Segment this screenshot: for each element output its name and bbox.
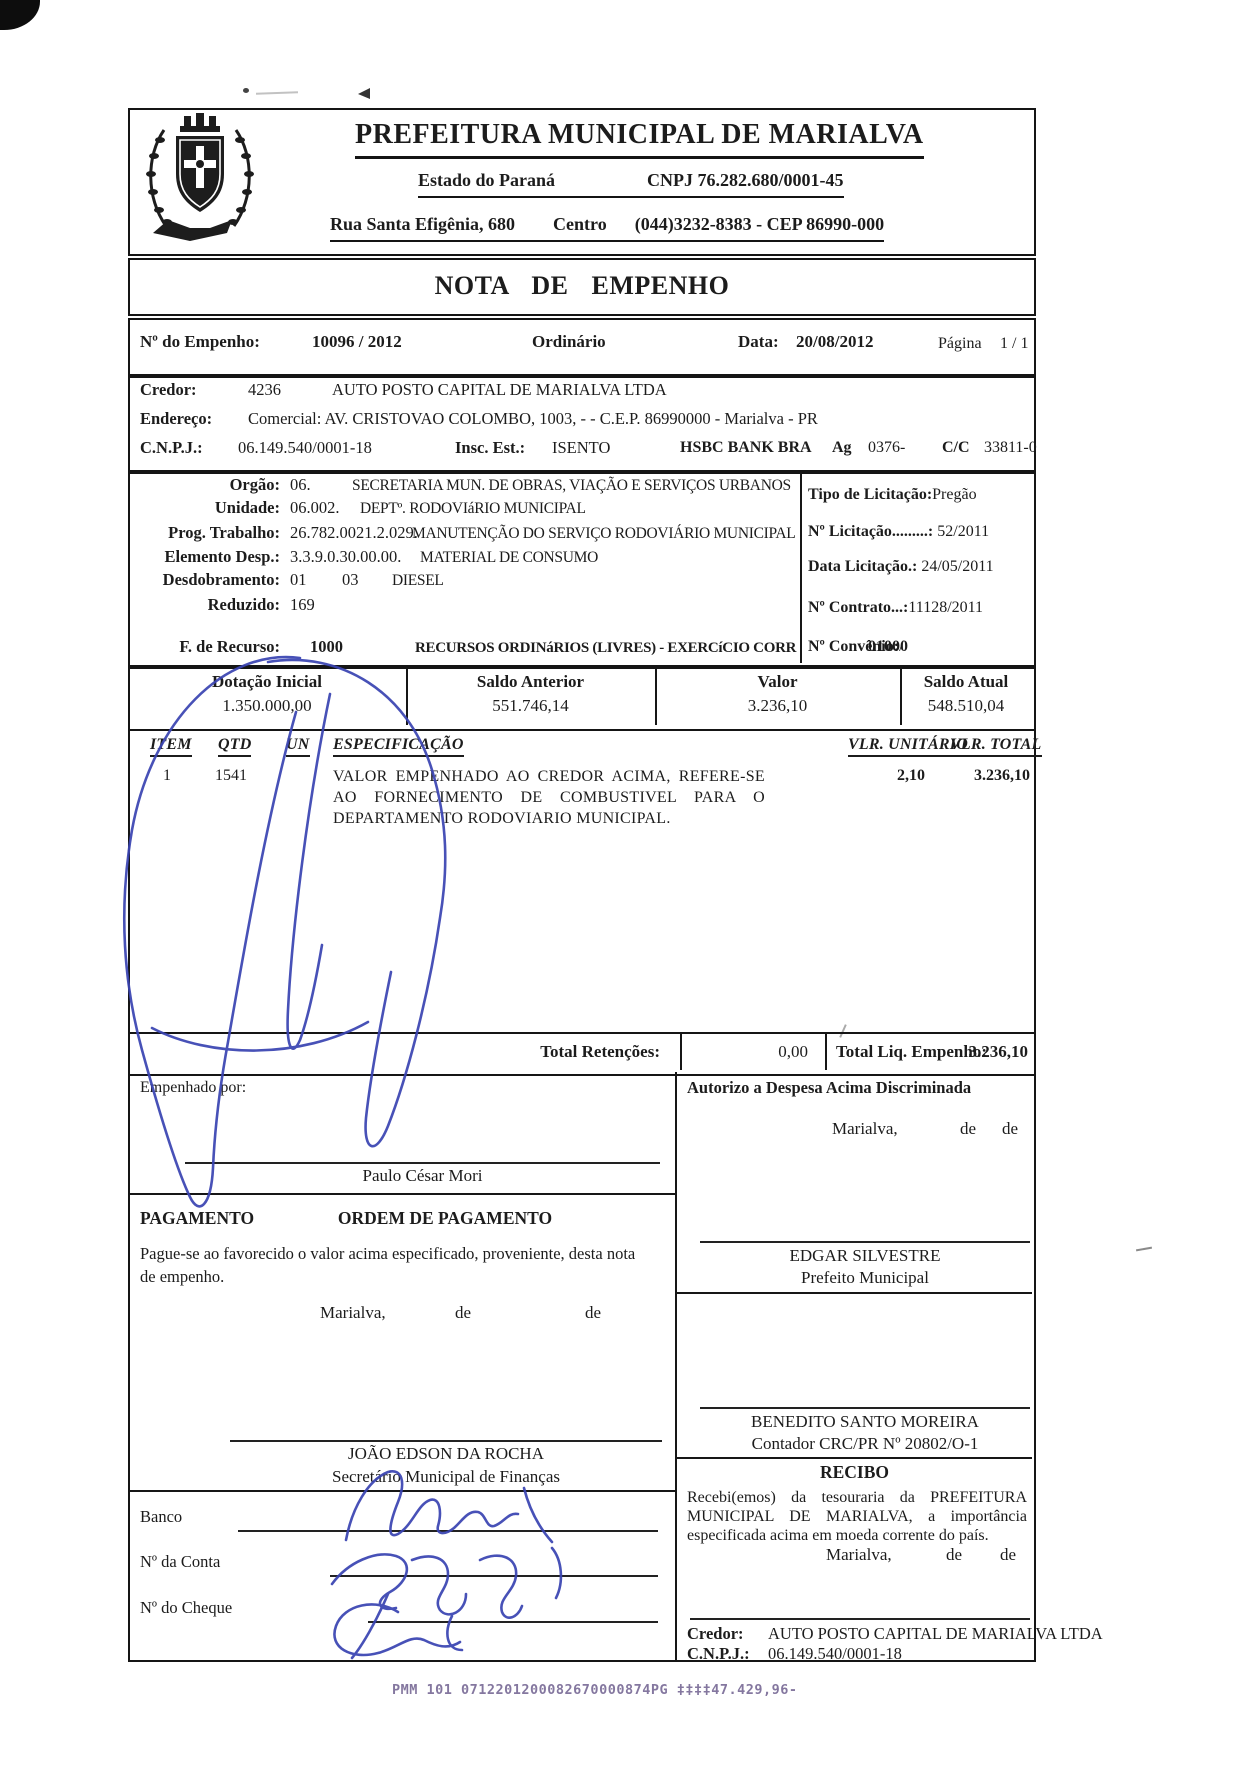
- tipo-licitacao-label: Tipo de Licitação:: [808, 486, 932, 503]
- page-value: 1 / 1: [1000, 334, 1028, 353]
- signature-line-contador: [700, 1407, 1030, 1409]
- num-licitacao-row: Nº Licitação.........: 52/2011: [808, 523, 989, 541]
- columns-divider: [675, 1072, 677, 1660]
- pagamento-title: PAGAMENTO: [140, 1208, 254, 1229]
- num-licitacao-value: 52/2011: [933, 523, 989, 540]
- bank-section-divider: [130, 1490, 675, 1492]
- items-header-un: UN: [286, 735, 310, 757]
- f-recurso-desc: RECURSOS ORDINáRIOS (LIVRES) - EXERCíCIO…: [415, 639, 796, 657]
- scan-corner-artifact: [0, 0, 40, 30]
- num-contrato-label: Nº Contrato...:: [808, 599, 908, 616]
- estado-cnpj-line: Estado do ParanáCNPJ 76.282.680/0001-45: [418, 170, 844, 198]
- tipo-licitacao-value: Pregão: [932, 486, 976, 503]
- tipo-licitacao-row: Tipo de Licitação:Pregão: [808, 486, 977, 504]
- cnpj-label: CNPJ 76.282.680/0001-45: [647, 170, 844, 190]
- agency-label: Ag: [832, 438, 852, 457]
- address-line: Rua Santa Efigênia, 680Centro(044)3232-8…: [330, 214, 884, 242]
- desdobramento-desc: DIESEL: [392, 572, 444, 591]
- num-convenio-value: /: [899, 638, 903, 655]
- signature-line-empenhado: [185, 1162, 660, 1164]
- municipal-coat-of-arms-icon: [138, 112, 262, 244]
- scan-dot-artifact: [243, 88, 249, 93]
- endereco-label: Endereço:: [140, 409, 212, 429]
- f-recurso-label: F. de Recurso:: [128, 637, 280, 657]
- orgao-label: Orgão:: [128, 475, 280, 495]
- date-label: Data:: [738, 332, 779, 352]
- scan-dash-artifact: [256, 91, 298, 94]
- empenho-number-label: Nº do Empenho:: [140, 332, 260, 352]
- autorizo-title: Autorizo a Despesa Acima Discriminada: [687, 1078, 971, 1098]
- page-label: Página: [938, 334, 982, 353]
- num-contrato-value: 11128/2011: [908, 599, 983, 616]
- signer-edgar-silvestre: EDGAR SILVESTRE: [700, 1246, 1030, 1266]
- saldo-atual-value: 548.510,04: [902, 696, 1030, 716]
- de-right-2b: de: [1000, 1545, 1016, 1565]
- valor-header: Valor: [657, 672, 898, 692]
- scan-mark-artifact: [358, 88, 370, 99]
- recibo-title: RECIBO: [677, 1462, 1032, 1483]
- dot-matrix-footer-line: PMM 101 0712201200082670000874PG ‡‡‡‡47.…: [392, 1682, 798, 1698]
- recibo-paragraph: Recebi(emos) da tesouraria da PREFEITURA…: [687, 1488, 1027, 1545]
- totals-divider-2: [825, 1034, 827, 1070]
- num-convenio-label: Nº Convênio:: [808, 638, 899, 655]
- conta-fill-line: [330, 1575, 658, 1577]
- dotacao-inicial-value: 1.350.000,00: [130, 696, 404, 716]
- credor-label: Credor:: [140, 380, 197, 400]
- saldo-anterior-header: Saldo Anterior: [408, 672, 653, 692]
- items-header-vlr-total: VLR. TOTAL: [950, 735, 1042, 757]
- desdobramento-label: Desdobramento:: [128, 570, 280, 590]
- item-qtd: 1541: [215, 766, 247, 785]
- elemento-desp-code: 3.3.9.0.30.00.00.: [290, 547, 401, 567]
- item-vlr-unitario: 2,10: [860, 766, 925, 785]
- phone-cep-text: (044)3232-8383 - CEP 86990-000: [635, 214, 884, 234]
- city-left-1: Marialva,: [320, 1303, 386, 1323]
- signer-edgar-silvestre-role: Prefeito Municipal: [700, 1268, 1030, 1288]
- de-left-1a: de: [455, 1303, 471, 1323]
- orgao-desc: SECRETARIA MUN. DE OBRAS, VIAÇÃO E SERVI…: [352, 477, 791, 496]
- columns-box: [128, 1072, 1036, 1662]
- conta-label: Nº da Conta: [140, 1552, 220, 1572]
- account-label: C/C: [942, 438, 970, 457]
- credor-name: AUTO POSTO CAPITAL DE MARIALVA LTDA: [332, 380, 667, 400]
- banco-fill-line: [238, 1530, 658, 1532]
- city-right-2: Marialva,: [826, 1545, 892, 1565]
- desdobramento-code2: 03: [342, 570, 359, 590]
- licitacao-divider: [800, 472, 802, 663]
- account-value: 33811-0: [984, 438, 1037, 457]
- cnpj-field-value: 06.149.540/0001-18: [238, 438, 372, 458]
- estado-label: Estado do Paraná: [418, 170, 555, 190]
- recibo-credor-value: AUTO POSTO CAPITAL DE MARIALVA LTDA: [768, 1624, 1103, 1644]
- recibo-cnpj-value: 06.149.540/0001-18: [768, 1644, 902, 1664]
- signer-joao-edson-role: Secretário Municipal de Finanças: [230, 1467, 662, 1487]
- reduzido-label: Reduzido:: [128, 595, 280, 615]
- prog-trabalho-label: Prog. Trabalho:: [128, 523, 280, 543]
- total-retencoes-label: Total Retenções:: [400, 1042, 660, 1062]
- de-right-1b: de: [1002, 1119, 1018, 1139]
- desdobramento-code: 01: [290, 570, 307, 590]
- data-licitacao-value: 24/05/2011: [917, 558, 993, 575]
- signer-benedito-moreira: BENEDITO SANTO MOREIRA: [700, 1412, 1030, 1432]
- item-number: 1: [163, 766, 171, 785]
- credor-code: 4236: [248, 380, 281, 400]
- insc-est-label: Insc. Est.:: [455, 438, 525, 458]
- de-right-1a: de: [960, 1119, 976, 1139]
- recibo-section-divider: [677, 1457, 1032, 1459]
- doc-title: NOTA DE EMPENHO: [128, 270, 1036, 301]
- dotacao-inicial-header: Dotação Inicial: [130, 672, 404, 692]
- unidade-code: 06.002.: [290, 498, 340, 518]
- signature-line-finance: [230, 1440, 662, 1442]
- totals-divider-1: [680, 1034, 682, 1070]
- signer-joao-edson: JOÃO EDSON DA ROCHA: [230, 1444, 662, 1464]
- margin-dash-artifact: [1136, 1247, 1152, 1252]
- signature-line-prefeito: [700, 1241, 1030, 1243]
- item-description: VALOR EMPENHADO AO CREDOR ACIMA, REFERE-…: [333, 766, 765, 829]
- unidade-desc: DEPTº. RODOVIáRIO MUNICIPAL: [360, 500, 586, 519]
- bank-name: HSBC BANK BRA: [680, 438, 812, 457]
- empenho-modality: Ordinário: [532, 332, 606, 352]
- signer-paulo-cesar-mori: Paulo César Mori: [185, 1166, 660, 1186]
- items-header-espec: ESPECIFICAÇÃO: [333, 735, 464, 757]
- district-text: Centro: [553, 214, 607, 234]
- city-right-1: Marialva,: [832, 1119, 898, 1139]
- cnpj-field-label: C.N.P.J.:: [140, 438, 203, 458]
- unidade-label: Unidade:: [128, 498, 280, 518]
- total-retencoes-value: 0,00: [690, 1042, 808, 1062]
- reduzido-code: 169: [290, 595, 315, 615]
- ordem-pagamento-title: ORDEM DE PAGAMENTO: [280, 1208, 610, 1229]
- nota-de-empenho-scan: PREFEITURA MUNICIPAL DE MARIALVA Estado …: [0, 0, 1240, 1790]
- endereco-value: Comercial: AV. CRISTOVAO COLOMBO, 1003, …: [248, 409, 818, 429]
- data-licitacao-row: Data Licitação.: 24/05/2011: [808, 558, 994, 576]
- num-contrato-row: Nº Contrato...:11128/2011: [808, 599, 983, 617]
- cheque-fill-line: [368, 1621, 658, 1623]
- prog-trabalho-desc: MANUTENÇÃO DO SERVIÇO RODOVIÁRIO MUNICIP…: [412, 525, 795, 544]
- pagamento-section-divider: [130, 1193, 675, 1195]
- empenho-number-value: 10096 / 2012: [312, 332, 402, 352]
- items-header-item: ITEM: [150, 735, 192, 757]
- banco-label: Banco: [140, 1507, 182, 1527]
- recibo-credor-label: Credor:: [687, 1624, 744, 1644]
- valor-value: 3.236,10: [657, 696, 898, 716]
- total-liq-value: 3.236,10: [930, 1042, 1028, 1062]
- f-recurso-code: 1000: [310, 637, 343, 657]
- saldo-atual-header: Saldo Atual: [902, 672, 1030, 692]
- de-left-1b: de: [585, 1303, 601, 1323]
- num-convenio-row: Nº Convênio:/: [808, 638, 904, 656]
- elemento-desp-label: Elemento Desp.:: [128, 547, 280, 567]
- de-right-2a: de: [946, 1545, 962, 1565]
- cheque-label: Nº do Cheque: [140, 1598, 232, 1618]
- signature-line-credor: [690, 1618, 1030, 1620]
- num-licitacao-label: Nº Licitação.........:: [808, 523, 933, 540]
- signer-benedito-moreira-role: Contador CRC/PR Nº 20802/O-1: [700, 1434, 1030, 1454]
- agency-value: 0376-: [868, 438, 905, 457]
- saldo-anterior-value: 551.746,14: [408, 696, 653, 716]
- prefeitura-title: PREFEITURA MUNICIPAL DE MARIALVA: [355, 118, 924, 159]
- item-vlr-total: 3.236,10: [940, 766, 1030, 785]
- date-value: 20/08/2012: [796, 332, 873, 352]
- data-licitacao-label: Data Licitação.:: [808, 558, 917, 575]
- street-text: Rua Santa Efigênia, 680: [330, 214, 515, 234]
- empenhado-por-label: Empenhado por:: [140, 1078, 246, 1097]
- orgao-code: 06.: [290, 475, 311, 495]
- pague-se-paragraph: Pague-se ao favorecido o valor acima esp…: [140, 1242, 645, 1288]
- prefeito-section-divider: [677, 1292, 1032, 1294]
- prog-trabalho-code: 26.782.0021.2.029.: [290, 523, 418, 543]
- elemento-desp-desc: MATERIAL DE CONSUMO: [420, 549, 598, 568]
- recibo-cnpj-label: C.N.P.J.:: [687, 1644, 750, 1664]
- items-header-qtd: QTD: [218, 735, 251, 757]
- insc-est-value: ISENTO: [552, 438, 610, 458]
